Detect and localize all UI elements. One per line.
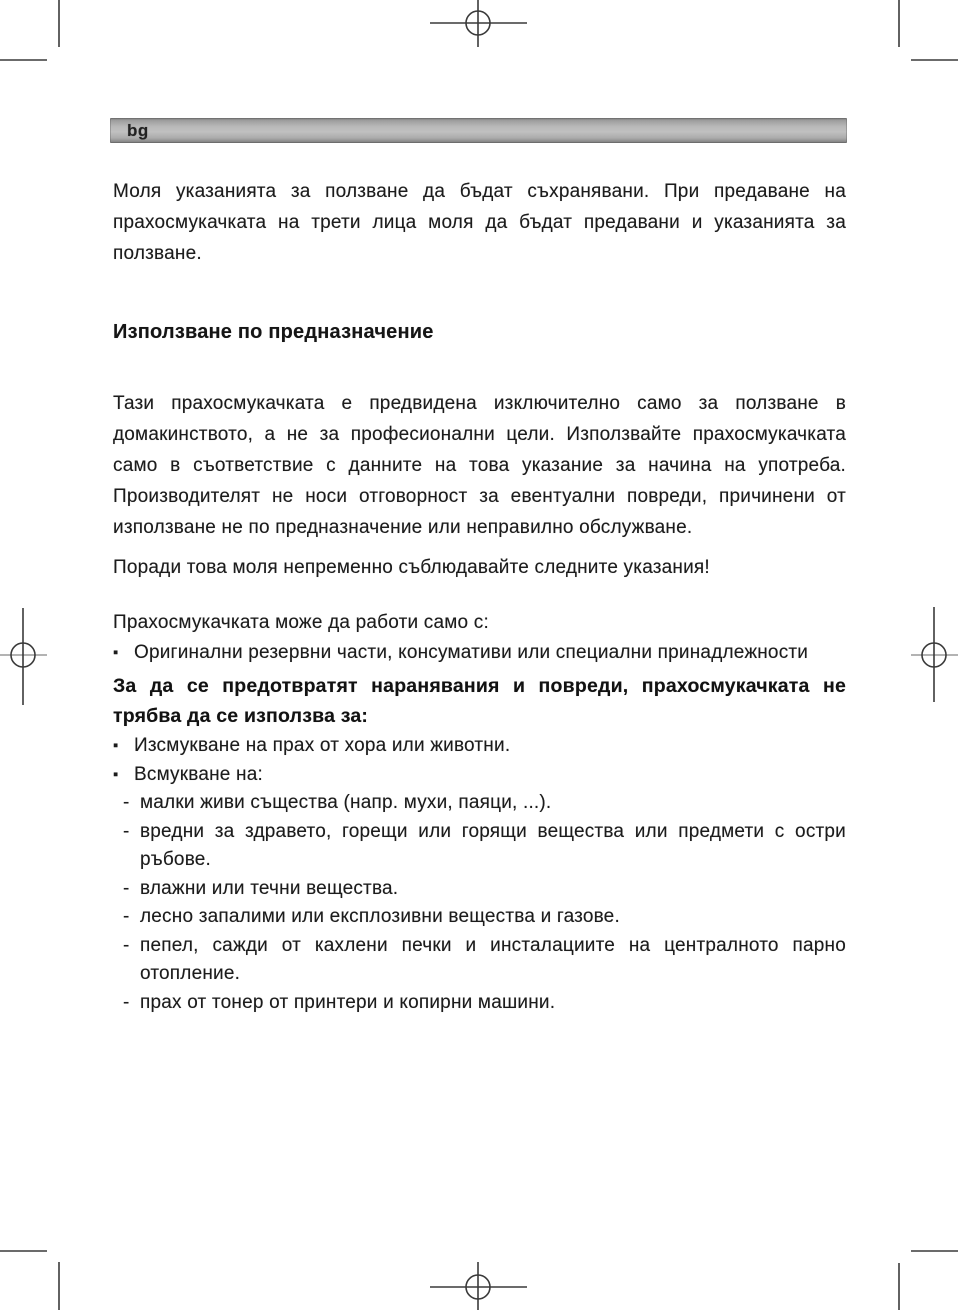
manual-scan-page: bg Моля указанията за ползване да бъдат … [0, 0, 958, 1310]
list-item-wet-substances: влажни или течни вещества. [113, 875, 846, 904]
list-item-harmful-substances: вредни за здравето, горещи или горящи ве… [113, 818, 846, 875]
intro-paragraph: Моля указанията за ползване да бъдат съх… [113, 176, 846, 269]
page-content: Моля указанията за ползване да бъдат съх… [113, 143, 846, 1017]
list-item-original-parts: Оригинални резервни части, консумативи и… [113, 638, 846, 667]
trim-mark-top-right [899, 0, 958, 60]
registration-target-top [430, 0, 527, 47]
section-heading: Използване по предназначение [113, 319, 846, 345]
intended-use-paragraph: Тази прахосмукачката е предвидена изключ… [113, 388, 846, 543]
list-item-suction-of: Всмукване на: [113, 760, 846, 789]
registration-target-bottom [430, 1262, 527, 1310]
trim-mark-bottom-left [0, 1251, 59, 1310]
list-item-ash-soot: пепел, сажди от кахлени печки и инсталац… [113, 932, 846, 989]
registration-target-left [0, 608, 47, 705]
trim-mark-top-left [0, 0, 59, 60]
language-code-label: bg [127, 121, 149, 141]
operate-only-lead-paragraph: Прахосмукачката може да работи само с: [113, 607, 846, 638]
warning-heading: За да се предотвратят наранявания и повр… [113, 671, 846, 731]
list-item-toner-dust: прах от тонер от принтери и копирни маши… [113, 989, 846, 1018]
list-item-small-creatures: малки живи същества (напр. мухи, паяци, … [113, 789, 846, 818]
note-paragraph: Поради това моля непременно съблюдавайте… [113, 552, 846, 583]
trim-mark-bottom-right [899, 1251, 958, 1310]
list-item-no-vacuuming-people: Изсмукване на прах от хора или животни. [113, 731, 846, 760]
list-item-flammable-substances: лесно запалими или експлозивни вещества … [113, 903, 846, 932]
language-header-bar: bg [110, 118, 847, 143]
registration-target-right [911, 607, 958, 702]
